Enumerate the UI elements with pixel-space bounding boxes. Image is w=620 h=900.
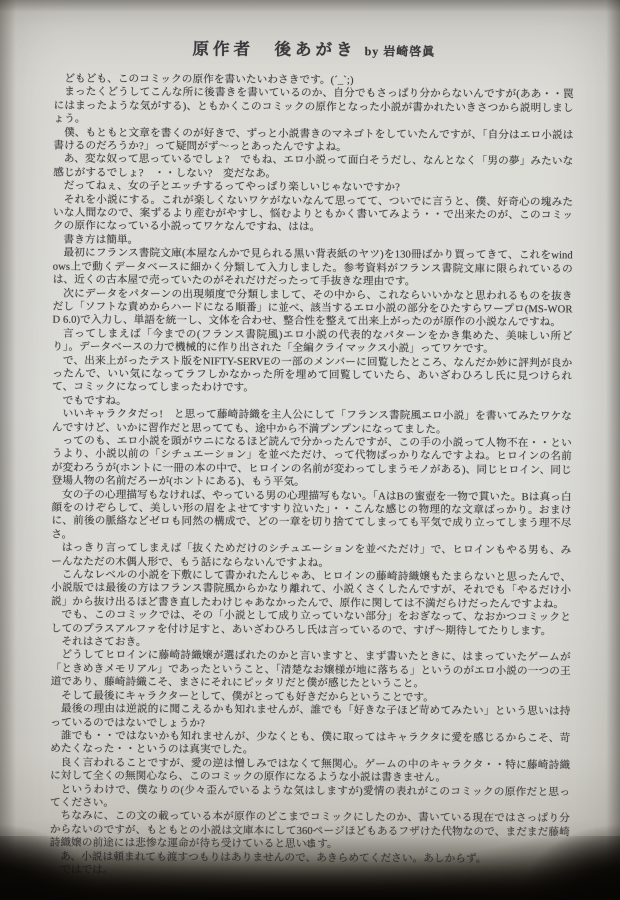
- paragraph: 良く言われることですが、愛の逆は憎しみではなくて無関心。ゲームの中のキャラクタ・…: [50, 756, 570, 786]
- paragraph: はっきり言ってしまえば「抜くためだけのシチュエーションを並べただけ」で、ヒロイン…: [51, 542, 571, 572]
- title-byline: by 岩崎啓眞: [365, 44, 436, 58]
- paragraph: 女の子の心理描写もなければ、やっている男の心理描写もない。「AはBの蜜壺を一物で…: [51, 488, 571, 544]
- paragraph: それを小説にする。これが楽しくないワケがないなんて思ってて、ついでに言うと、僕、…: [53, 193, 573, 236]
- paragraph: というわけで、僕なりの(少々歪んでいるような気はしますが)愛情の表れがこのコミッ…: [50, 783, 570, 813]
- paragraph: で、出来上がったテスト版をNIFTY-SERVEの一部のメンバーに回覧したところ…: [52, 354, 572, 397]
- scan-edge-right: [606, 0, 620, 900]
- body-paragraphs: どもども、このコミックの原作を書いたいわさきです。(´_`;)まったくどうしてこ…: [50, 73, 574, 880]
- paragraph: 次にデータをパターンの出現頻度で分類しまして、その中から、これならいいかなと思わ…: [52, 287, 572, 330]
- paragraph: ってのも、エロ小説を頭がウニになるほど読んで分かったんですが、この手の小説って人…: [52, 435, 572, 491]
- page-title: 原作者 後あがき by 岩崎啓眞: [54, 35, 574, 62]
- scanned-page: 原作者 後あがき by 岩崎啓眞 どもども、このコミックの原作を書いたいわさきで…: [0, 0, 620, 900]
- paragraph: 最後の理由は逆説的に聞こえるかも知れませんが、誰でも「好きな子ほど苛めてみたい」…: [50, 703, 570, 733]
- scan-edge-top: [0, 0, 620, 12]
- scan-edge-left: [0, 0, 16, 900]
- text-block: 原作者 後あがき by 岩崎啓眞 どもども、このコミックの原作を書いたいわさきで…: [50, 35, 574, 880]
- paragraph: でも、このコミックでは、その「小説として成り立っていない部分」をおぎなって、なお…: [51, 609, 571, 639]
- paragraph: 僕、もともと文章を書くのが好きで、ずっと小説書きのマネゴトをしていたんですが、「…: [53, 126, 573, 156]
- title-main: 原作者 後あがき: [192, 39, 356, 59]
- paragraph: いいキャラクタだっ! と思って藤崎詩織を主人公にして「フランス書院風エロ小説」を…: [52, 408, 572, 438]
- paragraph: あ、変な奴って思っているでしょ? でもね、エロ小説って面白そうだし、なんとなく「…: [53, 153, 573, 183]
- scan-bottom-shadow: [0, 836, 620, 900]
- paragraph: どうしてヒロインに藤崎詩織嬢が選ばれたのかと言いますと、まず書いたときに、はまっ…: [51, 649, 571, 692]
- paragraph: 言ってしまえば「今までの(フランス書院風)エロ小説の代表的なパターンをかき集めた…: [52, 327, 572, 357]
- paragraph: こんなレベルの小説を下敷にして書かれたんじゃあ、ヒロインの藤崎詩織嬢もたまらない…: [51, 569, 571, 612]
- paragraph: 最初にフランス書院文庫(本屋なんかで見られる黒い背表紙のヤツ)を130冊ばかり買…: [53, 247, 573, 290]
- paragraph: まったくどうしてこんな所に後書きを書いているのか、自分でもさっぱり分からないんで…: [54, 86, 574, 129]
- paragraph: 誰でも・・ではないかも知れませんが、少なくとも、僕に取ってはキャラクタに愛を感じ…: [50, 730, 570, 760]
